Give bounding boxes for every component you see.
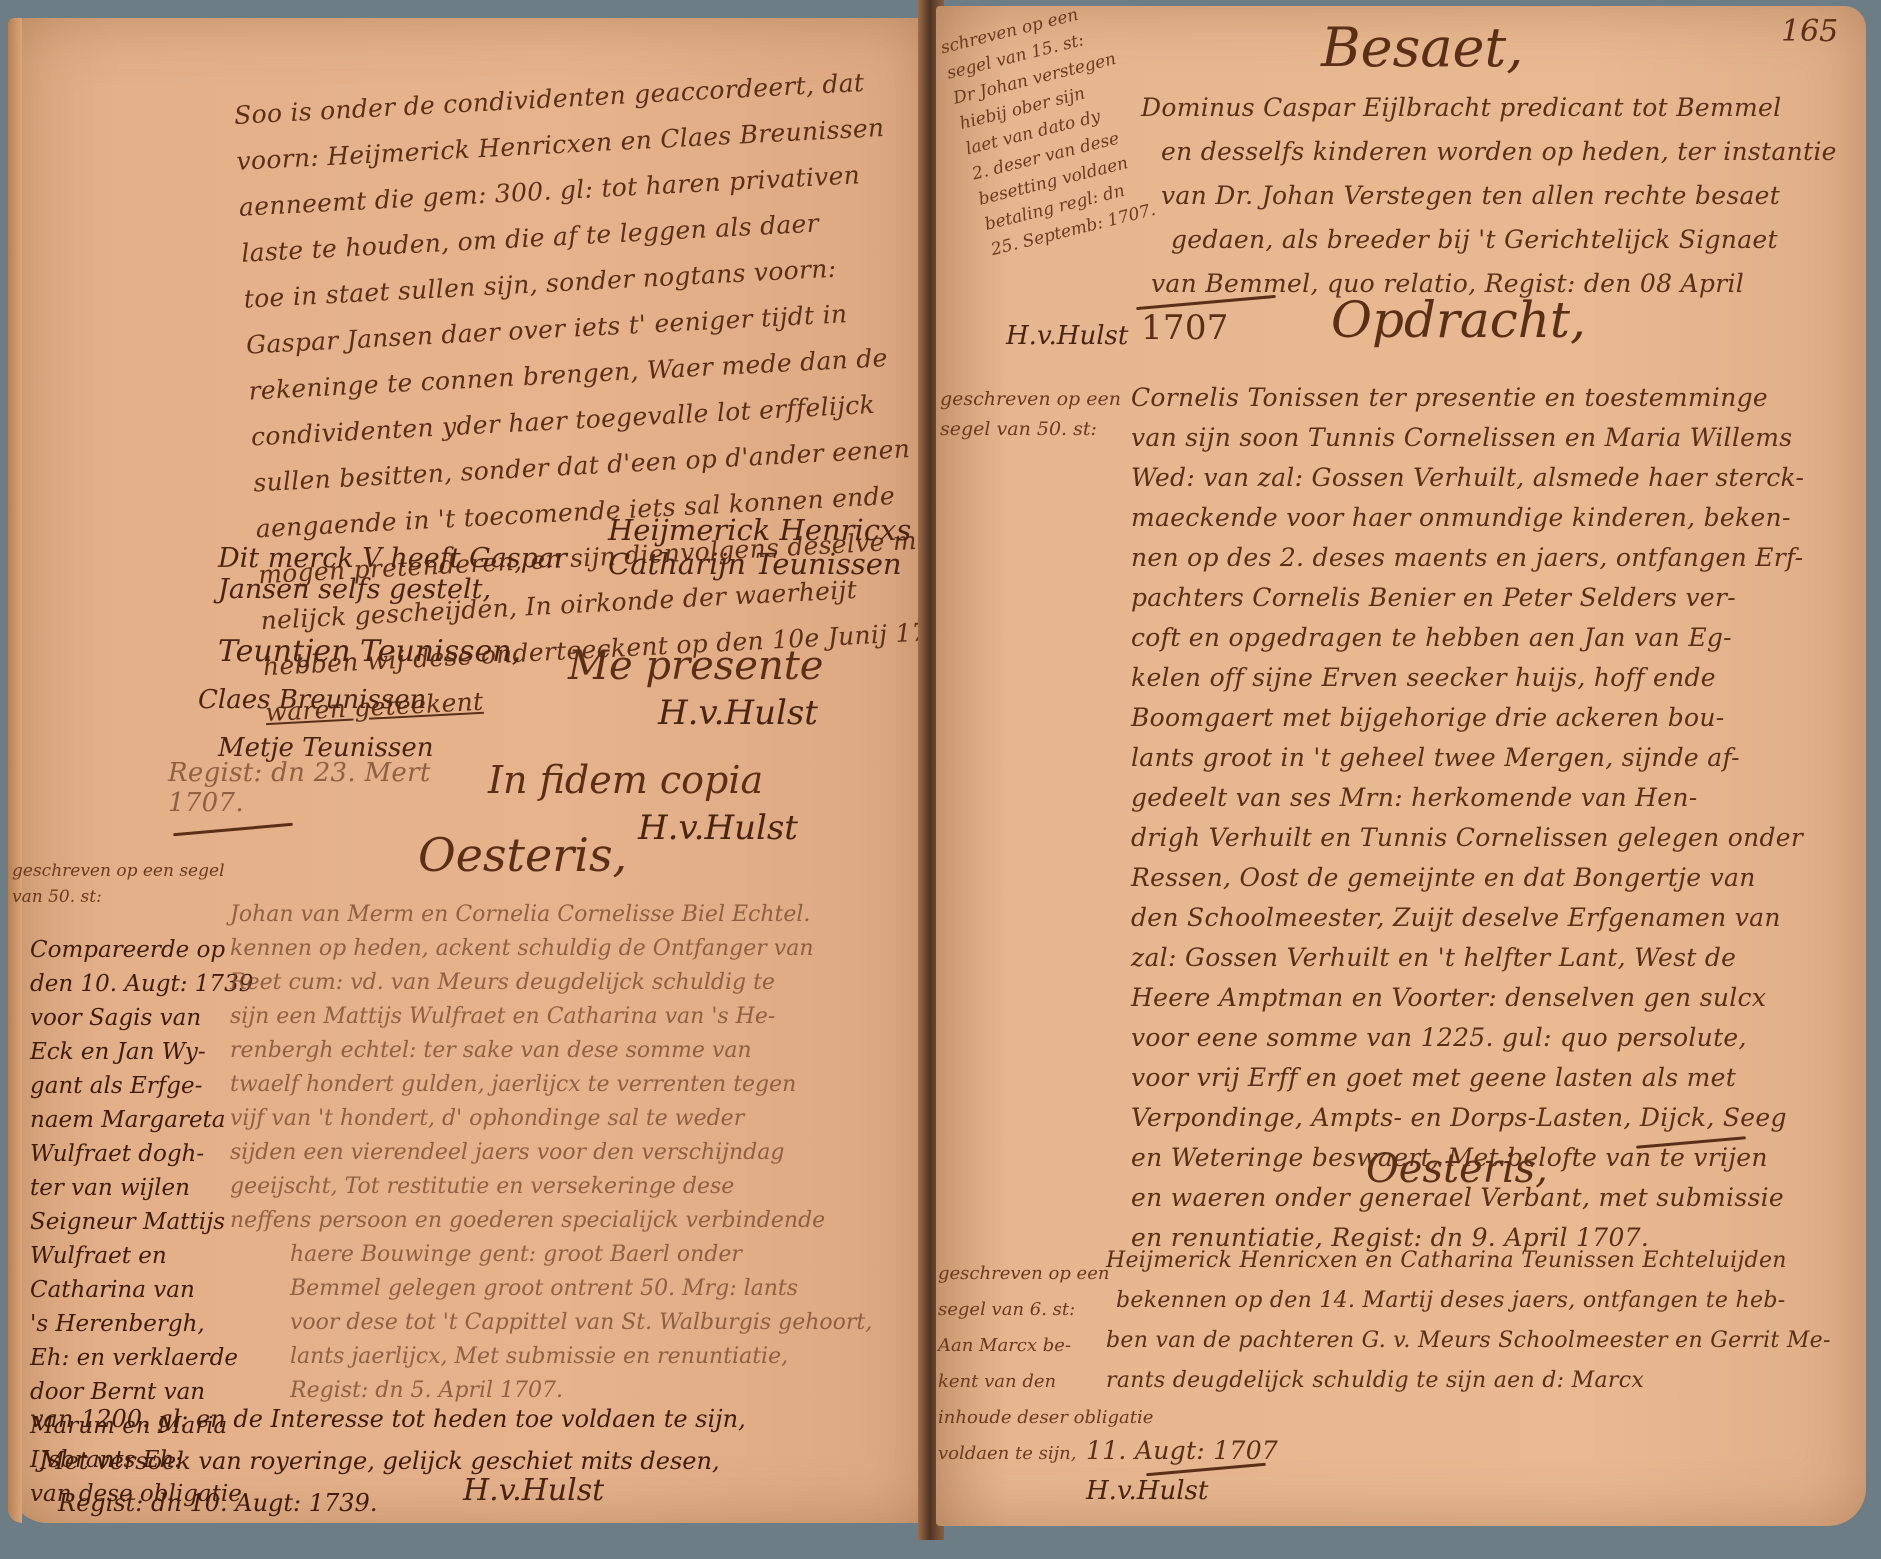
text-line: vijf van 't hondert, d' ophondinge sal t…	[230, 1102, 872, 1136]
text-line: lants groot in 't geheel twee Mergen, si…	[1131, 738, 1804, 778]
registration-date: Regist: dn 23. Mert	[168, 758, 431, 788]
text-line: Wed: van zal: Gossen Verhuilt, alsmede h…	[1131, 458, 1804, 498]
text-line: van Dr. Johan Verstegen ten allen rechte…	[1141, 174, 1837, 218]
text-line: pachters Cornelis Benier en Peter Selder…	[1131, 578, 1804, 618]
text-line: drigh Verhuilt en Tunnis Cornelissen gel…	[1131, 818, 1804, 858]
left-page: Soo is onder de condividenten geaccordee…	[8, 18, 926, 1523]
margin-line: geschreven op een	[940, 384, 1121, 414]
text-line: coft en opgedragen te hebben aen Jan van…	[1131, 618, 1804, 658]
text-line: voor eene somme van 1225. gul: quo perso…	[1131, 1018, 1804, 1058]
oesteris-body-text: Heijmerick Henricxen en Catharina Teunis…	[1106, 1241, 1831, 1401]
underline-stroke	[173, 823, 293, 836]
text-line: Reet cum: vd. van Meurs deugdelijck schu…	[230, 966, 872, 1000]
margin-line: naem Margareta	[30, 1103, 253, 1137]
text-line: ben van de pachteren G. v. Meurs Schoolm…	[1106, 1321, 1831, 1361]
text-line: twaelf hondert gulden, jaerlijcx te verr…	[230, 1068, 872, 1102]
text-line: kelen off sijne Erven seecker huijs, hof…	[1131, 658, 1804, 698]
text-line: lants jaerlijcx, Met submissie en renunt…	[230, 1340, 872, 1374]
margin-line: inhoude deser obligatie	[938, 1400, 1153, 1436]
signature-line: Claes Breunissen	[198, 676, 521, 724]
text-line: geeijscht, Tot restitutie en versekering…	[230, 1170, 872, 1204]
clerk-signature: H.v.Hulst	[1006, 321, 1128, 351]
text-line: maeckende voor haer onmundige kinderen, …	[1131, 498, 1804, 538]
text-line: van sijn soon Tunnis Cornelissen en Mari…	[1131, 418, 1804, 458]
margin-line: den 10. Augt: 1739	[30, 967, 253, 1001]
signature-line: Dit merck V heeft Gaspar	[218, 543, 567, 574]
text-line: kennen op heden, ackent schuldig de Ontf…	[230, 932, 872, 966]
signatures-right-column: Heijmerick Henricxs Catharijn Teunissen	[608, 513, 911, 581]
signatures-witnesses: Teuntjen Teunissen, Claes Breunissen Met…	[218, 628, 521, 772]
margin-line: Seigneur Mattijs	[30, 1205, 253, 1239]
section-heading-oesteris: Oesteris,	[1366, 1146, 1548, 1192]
text-line: Johan van Merm en Cornelia Cornelisse Bi…	[230, 898, 872, 932]
page-number: 165	[1781, 14, 1838, 49]
text-line: sijn een Mattijs Wulfraet en Catharina v…	[230, 1000, 872, 1034]
text-line: sijden een vierendeel jaers voor den ver…	[230, 1136, 872, 1170]
text-line: rants deugdelijck schuldig te sijn aen d…	[1106, 1361, 1831, 1401]
text-line: den Schoolmeester, Zuijt deselve Erfgena…	[1131, 898, 1804, 938]
text-line: haere Bouwinge gent: groot Baerl onder	[230, 1238, 872, 1272]
text-line: gedaen, als breeder bij 't Gerichtelijck…	[1141, 218, 1837, 262]
registration-note: Regist: dn 23. Mert 1707.	[168, 758, 431, 818]
in-fidem-copia: In fidem copia	[488, 758, 763, 802]
margin-line: van 50. st:	[12, 884, 225, 910]
clerk-signature: H.v.Hulst	[463, 1473, 604, 1508]
margin-line: gant als Erfge-	[30, 1069, 253, 1103]
opdracht-body-text: Cornelis Tonissen ter presentie en toest…	[1131, 378, 1804, 1258]
signature-line: Catharijn Teunissen	[608, 547, 911, 581]
text-line: gedeelt van ses Mrn: herkomende van Hen-	[1131, 778, 1804, 818]
clerk-signature: H.v.Hulst	[1086, 1476, 1208, 1506]
text-line: Boomgaert met bijgehorige drie ackeren b…	[1131, 698, 1804, 738]
margin-line: Eh: en verklaerde	[30, 1341, 253, 1375]
margin-line: ter van wijlen	[30, 1171, 253, 1205]
text-line: Dominus Caspar Eijlbracht predicant tot …	[1141, 86, 1837, 130]
margin-line: segel van 50. st:	[940, 414, 1121, 444]
margin-line: geschreven op een segel	[12, 858, 225, 884]
signature-line: Teuntjen Teunissen,	[218, 628, 521, 676]
section-heading-besaet: Besaet,	[1321, 16, 1523, 79]
text-line: bekennen op den 14. Martij deses jaers, …	[1106, 1281, 1831, 1321]
signature-gaspar-mark: Dit merck V heeft Gaspar Jansen selfs ge…	[218, 543, 567, 605]
me-presente-label: Me presente	[568, 643, 823, 689]
text-line: van 1200. gl: en de Interesse tot heden …	[30, 1398, 746, 1440]
margin-note: schreven op een segel van 15. st: Dr Joh…	[938, 0, 1158, 263]
text-line: nen op des 2. deses maents en jaers, ont…	[1131, 538, 1804, 578]
text-line: zal: Gossen Verhuilt en 't helfter Lant,…	[1131, 938, 1804, 978]
clerk-signature: H.v.Hulst	[658, 693, 818, 733]
text-line: neffens persoon en goederen specialijck …	[230, 1204, 872, 1238]
signature-line: Heijmerick Henricxs	[608, 513, 911, 547]
text-line: en desselfs kinderen worden op heden, te…	[1141, 130, 1837, 174]
margin-line: voor Sagis van	[30, 1001, 253, 1035]
text-line: renbergh echtel: ter sake van dese somme…	[230, 1034, 872, 1068]
clerk-signature: H.v.Hulst	[638, 808, 798, 848]
section-heading-opdracht: Opdracht,	[1331, 291, 1586, 349]
closing-date: 11. Augt: 1707	[1086, 1436, 1278, 1465]
text-line: Bemmel gelegen groot ontrent 50. Mrg: la…	[230, 1272, 872, 1306]
open-ledger-book: Soo is onder de condividenten geaccordee…	[0, 0, 1881, 1559]
left-page-obligation-text: Johan van Merm en Cornelia Cornelisse Bi…	[230, 898, 872, 1408]
text-line: Cornelis Tonissen ter presentie en toest…	[1131, 378, 1804, 418]
margin-line: Eck en Jan Wy-	[30, 1035, 253, 1069]
text-line: Regist: dn 10. Augt: 1739.	[30, 1482, 746, 1524]
signature-line: Jansen selfs gestelt,	[218, 574, 567, 605]
margin-line: Catharina van	[30, 1273, 253, 1307]
margin-line: Wulfraet dogh-	[30, 1137, 253, 1171]
text-line: voor dese tot 't Cappittel van St. Walbu…	[230, 1306, 872, 1340]
text-line: Ressen, Oost de gemeijnte en dat Bongert…	[1131, 858, 1804, 898]
text-line: Verpondinge, Ampts- en Dorps-Lasten, Dij…	[1131, 1098, 1804, 1138]
text-line: Met versoek van royeringe, gelijck gesch…	[30, 1440, 746, 1482]
margin-line: Compareerde op	[30, 933, 253, 967]
text-line: Heere Amptman en Voorter: denselven gen …	[1131, 978, 1804, 1018]
margin-note: geschreven op een segel van 50. st:	[940, 384, 1121, 444]
margin-line: 's Herenbergh,	[30, 1307, 253, 1341]
margin-line: Wulfraet en	[30, 1239, 253, 1273]
right-page: 165 Besaet, schreven op een segel van 15…	[936, 6, 1866, 1526]
text-line: Heijmerick Henricxen en Catharina Teunis…	[1106, 1241, 1831, 1281]
cancellation-closing: van 1200. gl: en de Interesse tot heden …	[30, 1398, 746, 1524]
registration-year: 1707.	[168, 788, 431, 818]
margin-note: geschreven op een segel van 50. st:	[12, 858, 225, 910]
text-line: voor vrij Erff en goet met geene lasten …	[1131, 1058, 1804, 1098]
section-heading: Oesteris,	[418, 828, 627, 882]
